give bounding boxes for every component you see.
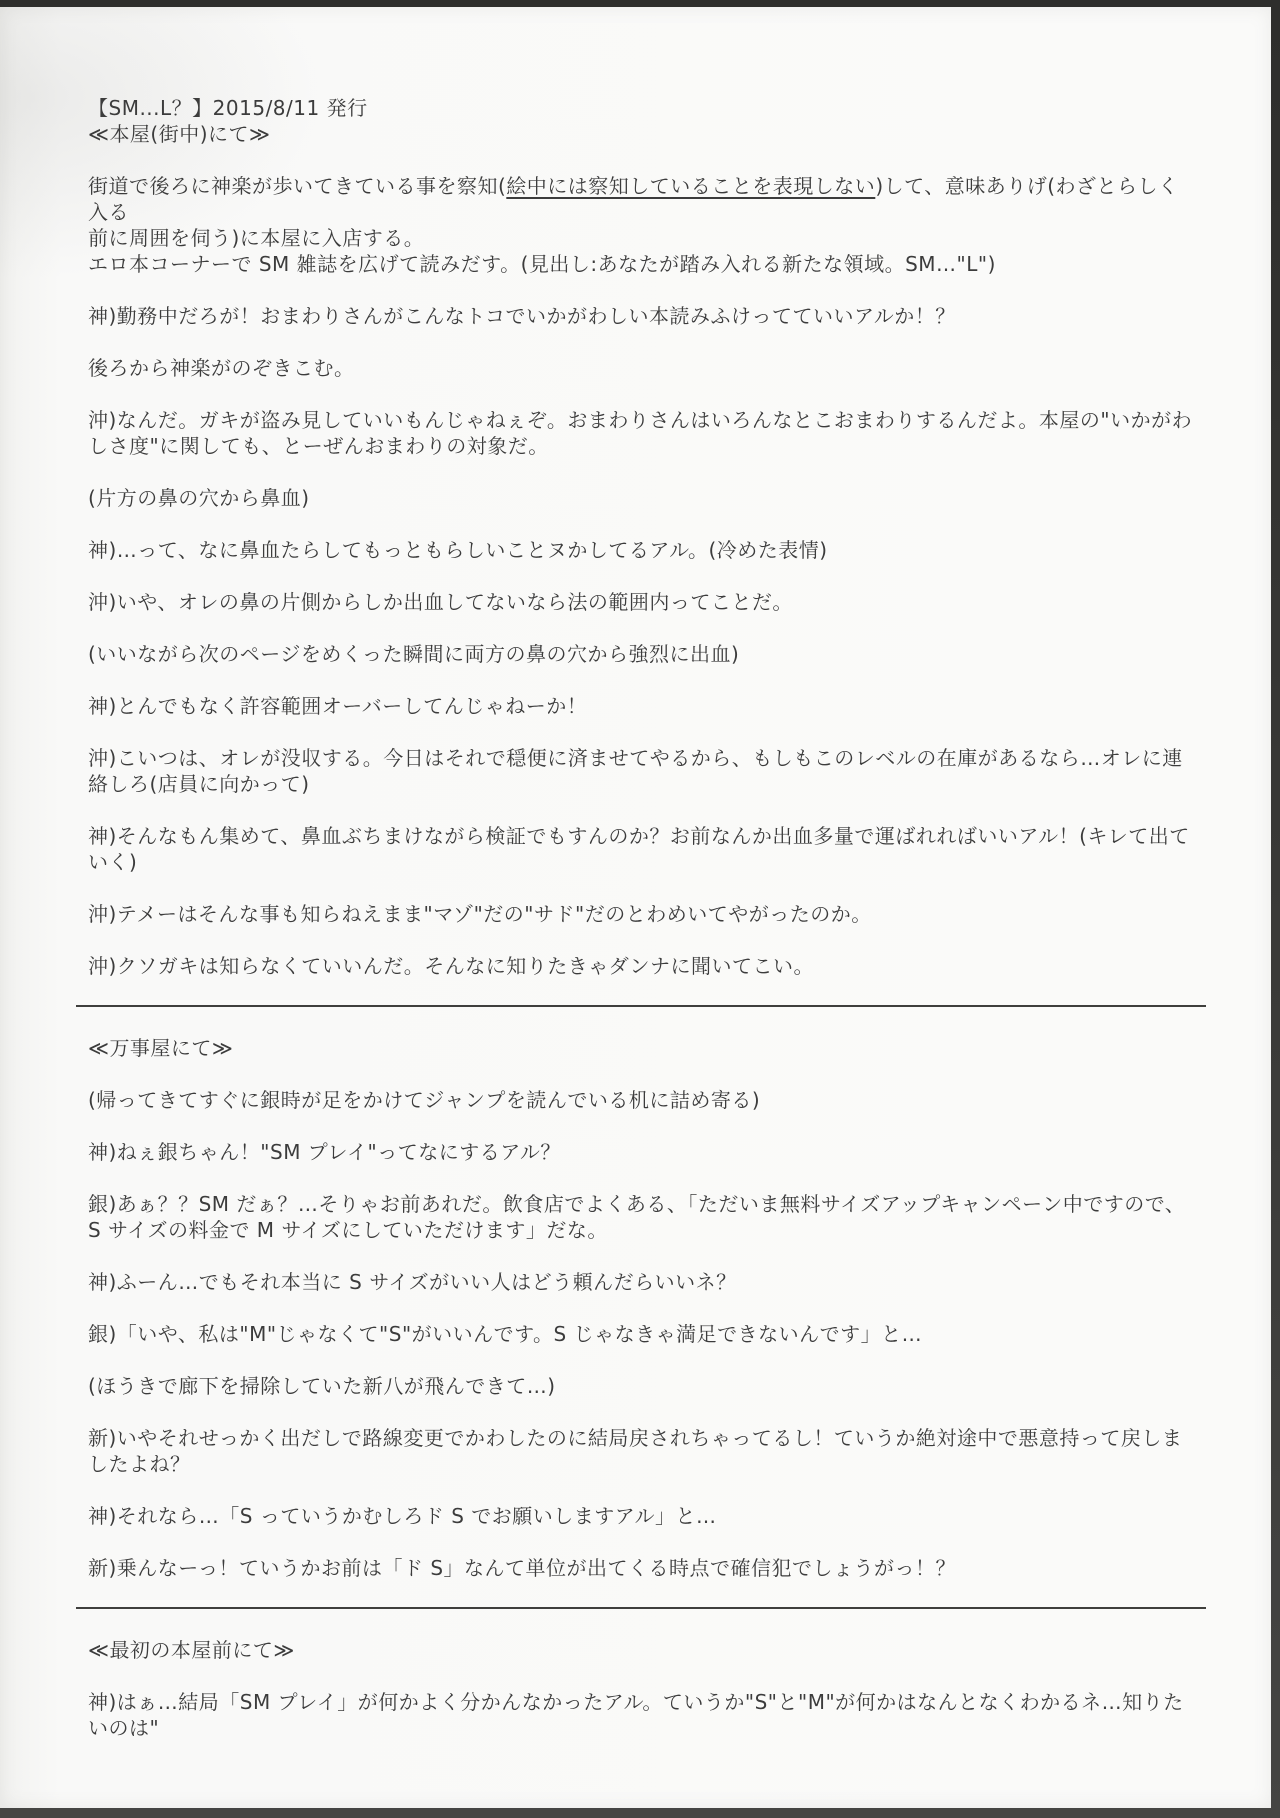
section-heading-yorozuya: ≪万事屋にて≫ — [88, 1035, 1196, 1061]
document-page: 【SM...L？】2015/8/11 発行 ≪本屋(街中)にて≫ 街道で後ろに神… — [0, 7, 1271, 1808]
paragraph: 後ろから神楽がのぞきこむ。 — [88, 355, 1196, 381]
paragraph-intro: 街道で後ろに神楽が歩いてきている事を察知(絵中には察知していることを表現しない)… — [88, 173, 1196, 277]
paragraph: 沖)クソガキは知らなくていいんだ。そんなに知りたきゃダンナに聞いてこい。 — [88, 953, 1196, 979]
paragraph: 神)そんなもん集めて、鼻血ぶちまけながら検証でもすんのか？お前なんか出血多量で運… — [88, 823, 1196, 875]
section-heading-first-bookstore: ≪最初の本屋前にて≫ — [88, 1637, 1196, 1663]
paragraph: 銀)あぁ？？SM だぁ？…そりゃお前あれだ。飲食店でよくある、「ただいま無料サイ… — [88, 1191, 1196, 1243]
paragraph: 神)勤務中だろが！おまわりさんがこんなトコでいかがわしい本読みふけってていいアル… — [88, 303, 1196, 329]
intro-line3: エロ本コーナーで SM 雑誌を広げて読みだす。(見出し:あなたが踏み入れる新たな… — [88, 252, 996, 276]
paragraph: 神)…って、なに鼻血たらしてもっともらしいことヌかしてるアル。(冷めた表情) — [88, 537, 1196, 563]
paragraph: 神)それなら…「S っていうかむしろド S でお願いしますアル」と… — [88, 1503, 1196, 1529]
paragraph: 沖)こいつは、オレが没収する。今日はそれで穏便に済ませてやるから、もしもこのレベ… — [88, 745, 1196, 797]
paragraph: (帰ってきてすぐに銀時が足をかけてジャンプを読んでいる机に詰め寄る) — [88, 1087, 1196, 1113]
paragraph: (片方の鼻の穴から鼻血) — [88, 485, 1196, 511]
section-divider — [76, 1607, 1206, 1609]
paragraph: 沖)なんだ。ガキが盗み見していいもんじゃねぇぞ。おまわりさんはいろんなとこおまわ… — [88, 407, 1196, 459]
doc-title: 【SM...L？】2015/8/11 発行 — [88, 95, 1196, 121]
paragraph: (ほうきで廊下を掃除していた新八が飛んできて…) — [88, 1373, 1196, 1399]
section-heading-bookstore: ≪本屋(街中)にて≫ — [88, 121, 1196, 147]
intro-pre: 街道で後ろに神楽が歩いてきている事を察知( — [88, 174, 506, 198]
paragraph: 神)ふーん…でもそれ本当に S サイズがいい人はどう頼んだらいいネ？ — [88, 1269, 1196, 1295]
paragraph: 沖)テメーはそんな事も知らねえまま"マゾ"だの"サド"だのとわめいてやがったのか… — [88, 901, 1196, 927]
section-divider — [76, 1005, 1206, 1007]
paragraph: 銀)「いや、私は"M"じゃなくて"S"がいいんです。S じゃなきゃ満足できないん… — [88, 1321, 1196, 1347]
intro-line2: 前に周囲を伺う)に本屋に入店する。 — [88, 226, 424, 250]
paragraph: 新)乗んなーっ！ていうかお前は「ド S」なんて単位が出てくる時点で確信犯でしょう… — [88, 1555, 1196, 1581]
paragraph: 新)いやそれせっかく出だしで路線変更でかわしたのに結局戻されちゃってるし！ていう… — [88, 1425, 1196, 1477]
scan-frame: 【SM...L？】2015/8/11 発行 ≪本屋(街中)にて≫ 街道で後ろに神… — [0, 0, 1280, 1818]
intro-underlined-note: 絵中には察知していることを表現しない — [506, 174, 875, 198]
paragraph: 神)とんでもなく許容範囲オーバーしてんじゃねーか！ — [88, 693, 1196, 719]
paragraph: 神)はぁ…結局「SM プレイ」が何かよく分かんなかったアル。ていうか"S"と"M… — [88, 1689, 1196, 1741]
paragraph: 沖)いや、オレの鼻の片側からしか出血してないなら法の範囲内ってことだ。 — [88, 589, 1196, 615]
paragraph: 神)ねぇ銀ちゃん！"SM プレイ"ってなにするアル？ — [88, 1139, 1196, 1165]
document-content: 【SM...L？】2015/8/11 発行 ≪本屋(街中)にて≫ 街道で後ろに神… — [88, 95, 1196, 1767]
paragraph: (いいながら次のページをめくった瞬間に両方の鼻の穴から強烈に出血) — [88, 641, 1196, 667]
